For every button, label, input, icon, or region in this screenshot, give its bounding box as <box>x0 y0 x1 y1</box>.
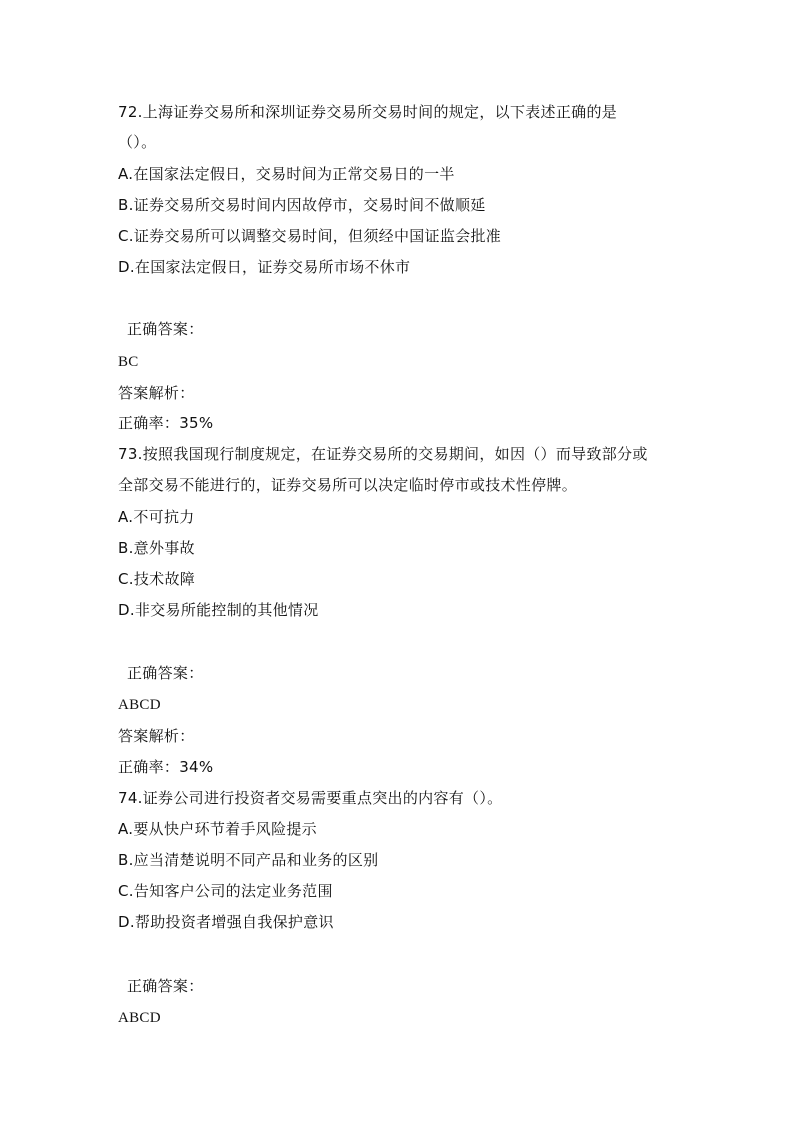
question-73-option-c: C.技术故障 <box>118 569 195 589</box>
question-72-answer: BC <box>118 352 139 372</box>
question-74-option-a: A.要从快户环节着手风险提示 <box>118 819 317 839</box>
question-72-stem-line-2: （）。 <box>118 132 156 152</box>
question-72-analysis-label: 答案解析： <box>118 383 195 403</box>
document-page: 72.上海证券交易所和深圳证券交易所交易时间的规定，以下表述正确的是 （）。 A… <box>0 0 794 1123</box>
question-72-option-d: D.在国家法定假日，证券交易所市场不休市 <box>118 257 410 277</box>
question-74-option-c: C.告知客户公司的法定业务范围 <box>118 881 333 901</box>
question-73-stem-line-1: 73.按照我国现行制度规定，在证券交易所的交易期间，如因（）而导致部分或 <box>118 444 648 464</box>
question-73-stem-line-2: 全部交易不能进行的，证券交易所可以决定临时停市或技术性停牌。 <box>118 475 577 495</box>
question-74-option-d: D.帮助投资者增强自我保护意识 <box>118 912 334 932</box>
question-73-analysis-label: 答案解析： <box>118 726 195 746</box>
question-72-option-c: C.证券交易所可以调整交易时间，但须经中国证监会批准 <box>118 226 501 246</box>
question-74-answer: ABCD <box>118 1008 161 1028</box>
question-74-answer-label: 正确答案： <box>127 976 204 996</box>
question-72-stem-line-1: 72.上海证券交易所和深圳证券交易所交易时间的规定，以下表述正确的是 <box>118 102 617 122</box>
question-73-option-b: B.意外事故 <box>118 538 195 558</box>
question-74-stem-line-1: 74.证券公司进行投资者交易需要重点突出的内容有（）。 <box>118 788 502 808</box>
question-73-option-a: A.不可抗力 <box>118 507 195 527</box>
question-73-option-d: D.非交易所能控制的其他情况 <box>118 600 319 620</box>
question-72-option-a: A.在国家法定假日，交易时间为正常交易日的一半 <box>118 164 455 184</box>
question-73-accuracy: 正确率：34% <box>118 757 213 777</box>
question-72-accuracy: 正确率：35% <box>118 413 213 433</box>
question-74-option-b: B.应当清楚说明不同产品和业务的区别 <box>118 850 378 870</box>
question-73-answer: ABCD <box>118 695 161 715</box>
question-72-option-b: B.证券交易所交易时间内因故停市，交易时间不做顺延 <box>118 195 486 215</box>
question-73-answer-label: 正确答案： <box>127 663 204 683</box>
question-72-answer-label: 正确答案： <box>127 319 204 339</box>
